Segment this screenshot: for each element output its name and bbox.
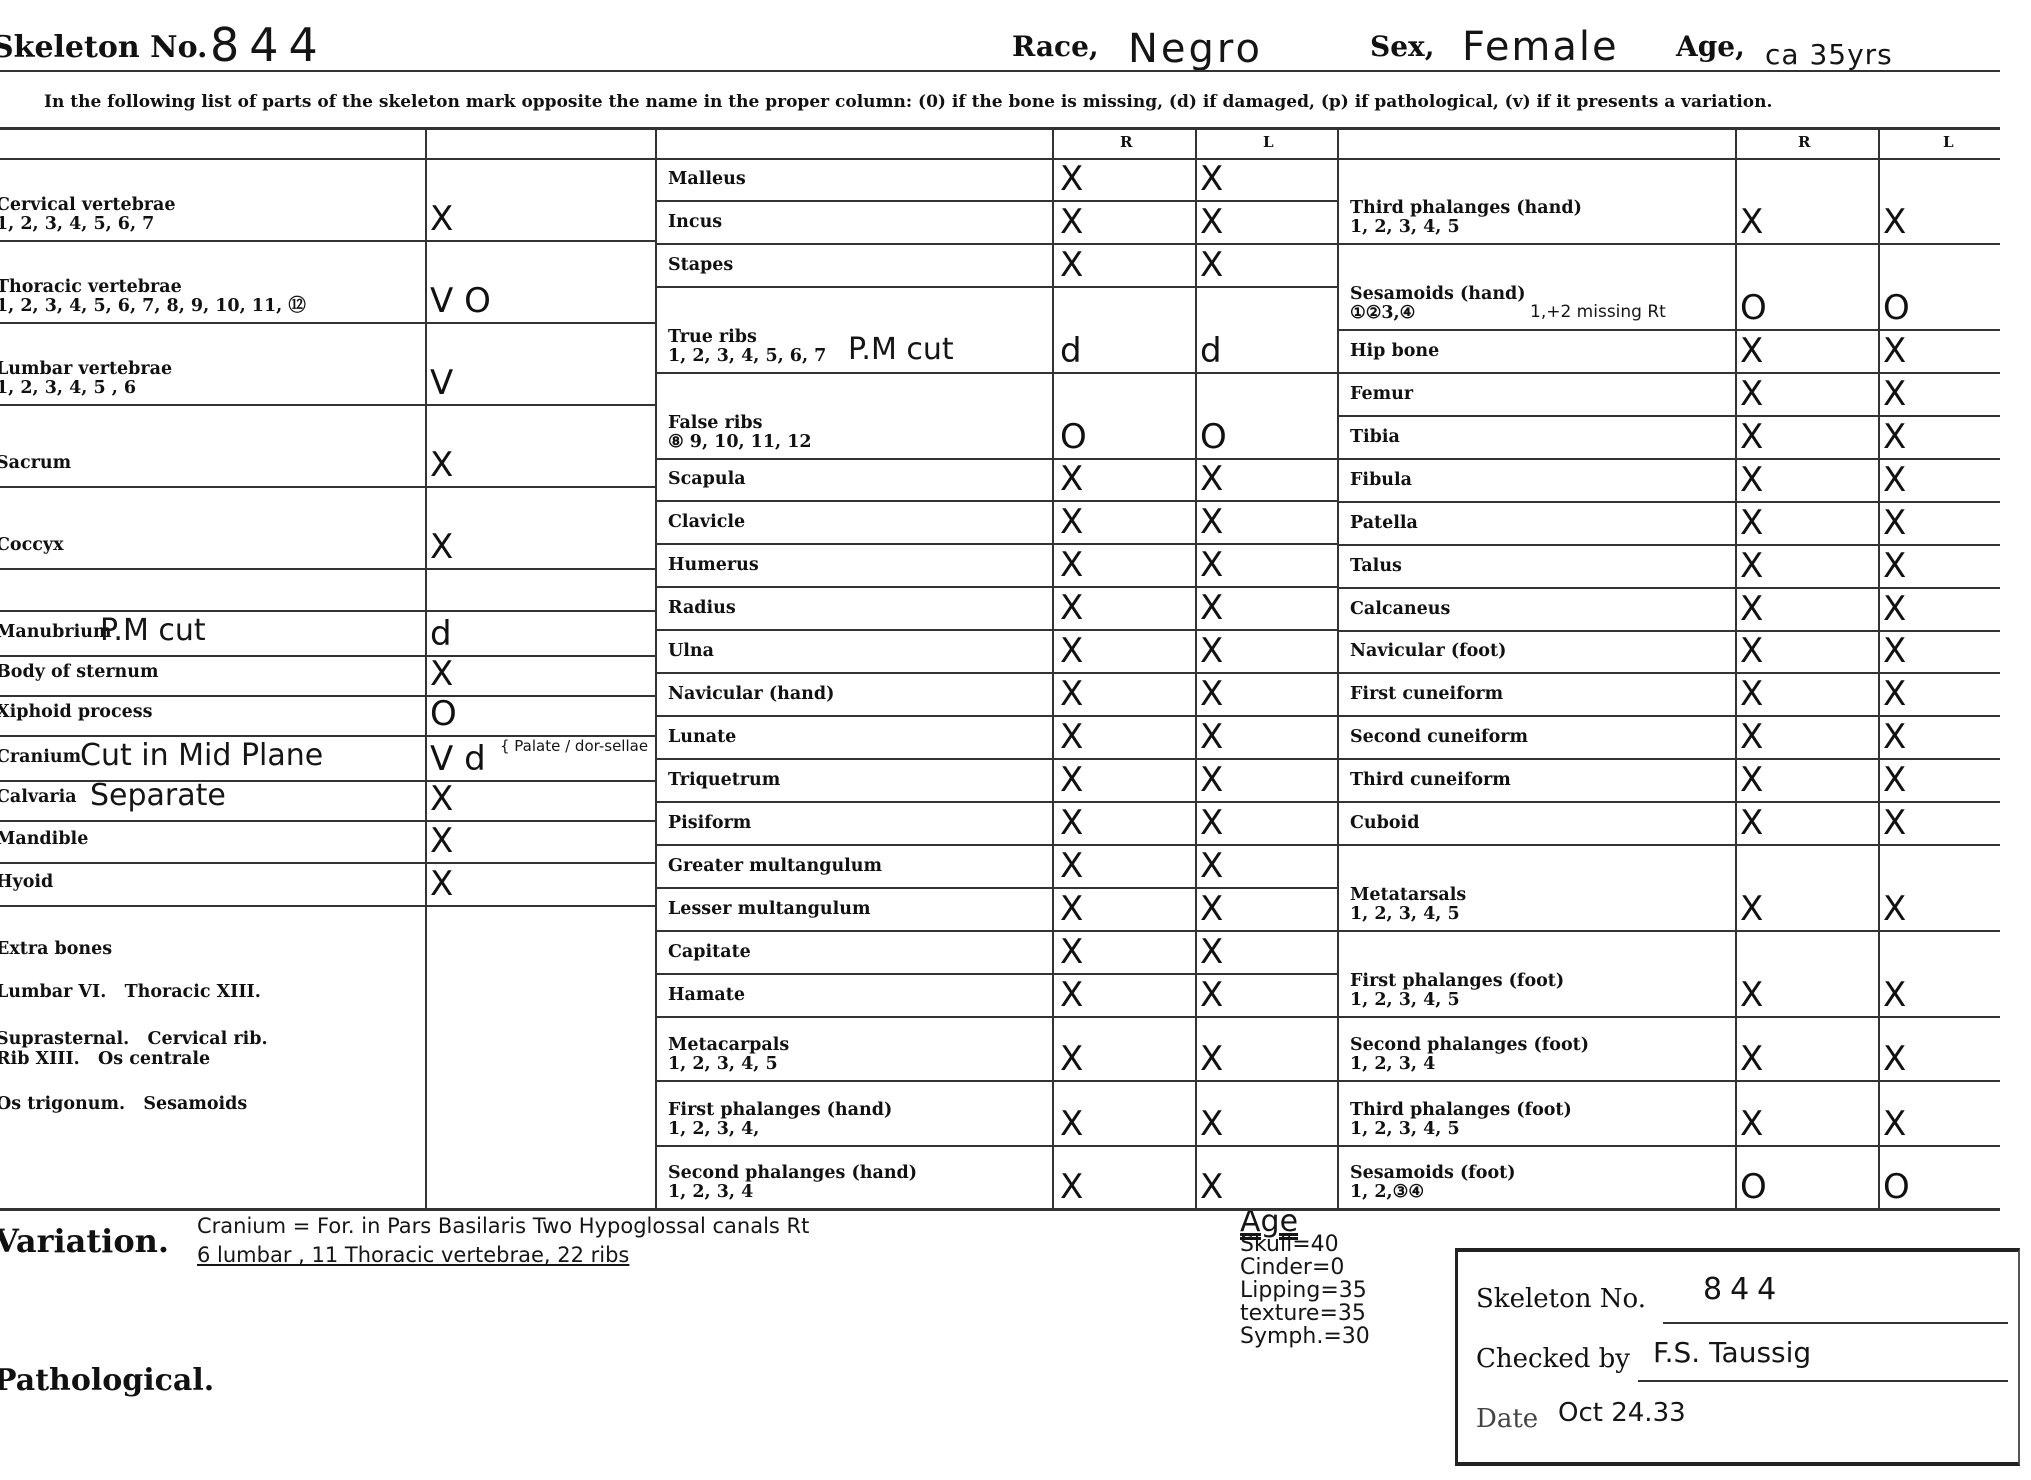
left-side-mark[interactable]: X <box>1200 677 1223 711</box>
row-border <box>1337 844 2000 846</box>
section3-row-label: Third phalanges (hand) 1, 2, 3, 4, 5 <box>1350 199 1582 237</box>
section2-row-label: Lunate <box>668 728 736 747</box>
header-underline <box>0 70 2000 72</box>
left-side-mark[interactable]: X <box>1883 1042 1906 1076</box>
age-label: Age, <box>1676 30 1745 63</box>
left-side-mark[interactable]: X <box>1200 248 1223 282</box>
row-border <box>655 243 1337 245</box>
left-side-mark[interactable]: X <box>1883 892 1906 926</box>
right-side-mark[interactable]: X <box>1740 763 1763 797</box>
checked-by-label: Checked by <box>1476 1344 1630 1374</box>
right-side-mark[interactable]: X <box>1740 334 1763 368</box>
col-header-left-2: L <box>1943 133 1954 151</box>
right-side-mark[interactable]: X <box>1060 591 1083 625</box>
row-border <box>1337 1080 2000 1082</box>
section1-row-label: Mandible <box>0 830 88 849</box>
left-side-mark[interactable]: X <box>1883 1107 1906 1141</box>
section3-row-label: Femur <box>1350 385 1413 404</box>
check-skeleton-label: Skeleton No. <box>1476 1284 1646 1314</box>
section1-row-note[interactable]: Separate <box>90 780 226 812</box>
section3-row-label: Hip bone <box>1350 342 1439 361</box>
race-field[interactable]: Negro <box>1128 26 1263 72</box>
left-side-mark[interactable]: X <box>1200 462 1223 496</box>
right-side-mark[interactable]: X <box>1740 420 1763 454</box>
row-border <box>655 1208 1337 1210</box>
row-border <box>1337 1208 2000 1210</box>
column-divider <box>1878 127 1880 1208</box>
section2-row-label: False ribs ⑧ 9, 10, 11, 12 <box>668 414 812 452</box>
row-border <box>655 629 1337 631</box>
left-side-mark[interactable]: X <box>1883 763 1906 797</box>
right-side-mark[interactable]: X <box>1740 1042 1763 1076</box>
age-note-cinder: Cinder=0 <box>1240 1256 1370 1279</box>
variation-label: Variation. <box>0 1222 169 1260</box>
age-note-skull: Skull=40 <box>1240 1233 1370 1256</box>
row-border <box>1337 930 2000 932</box>
pathological-label: Pathological. <box>0 1363 214 1398</box>
section1-row-label: Cervical vertebrae 1, 2, 3, 4, 5, 6, 7 <box>0 196 176 234</box>
section3-row-label: Sesamoids (hand) ①②3,④ <box>1350 285 1526 323</box>
section3-row-label: Talus <box>1350 557 1402 576</box>
row-border <box>0 655 655 657</box>
left-side-mark[interactable]: X <box>1200 1170 1223 1204</box>
sex-label: Sex, <box>1370 30 1434 63</box>
section1-row-mark[interactable]: V <box>430 366 453 400</box>
left-side-mark[interactable]: X <box>1883 205 1906 239</box>
section1-row-mark[interactable]: X <box>430 824 453 858</box>
right-side-mark[interactable]: X <box>1740 677 1763 711</box>
right-side-mark[interactable]: X <box>1060 978 1083 1012</box>
left-side-mark[interactable]: X <box>1200 591 1223 625</box>
section1-row-label: Lumbar vertebrae 1, 2, 3, 4, 5 , 6 <box>0 360 172 398</box>
left-side-mark[interactable]: X <box>1200 162 1223 196</box>
right-side-mark[interactable]: X <box>1740 720 1763 754</box>
section3-row-label: Calcaneus <box>1350 600 1450 619</box>
section2-row-label: Second phalanges (hand) 1, 2, 3, 4 <box>668 1164 917 1202</box>
left-side-mark[interactable]: X <box>1883 463 1906 497</box>
right-side-mark[interactable]: X <box>1060 248 1083 282</box>
row-border <box>0 610 655 612</box>
section2-row-label: Incus <box>668 213 722 232</box>
section2-row-label: First phalanges (hand) 1, 2, 3, 4, <box>668 1101 892 1139</box>
section3-row-label: Cuboid <box>1350 814 1419 833</box>
section2-row-label: Malleus <box>668 170 746 189</box>
extra-bones-title: Extra bones <box>0 940 112 959</box>
section3-row-note[interactable]: 1,+2 missing Rt <box>1530 303 1666 322</box>
section1-row-note[interactable]: P.M cut <box>100 615 206 647</box>
left-side-mark[interactable]: X <box>1200 634 1223 668</box>
column-divider <box>425 127 427 1208</box>
section1-row-mark-note: { Palate / dor-sellae <box>500 738 650 755</box>
section3-row-label: First cuneiform <box>1350 685 1503 704</box>
section2-row-label: Greater multangulum <box>668 857 882 876</box>
row-border <box>655 286 1337 288</box>
section3-row-label: Sesamoids (foot) 1, 2,③④ <box>1350 1164 1516 1202</box>
section2-row-label: Triquetrum <box>668 771 780 790</box>
age-notes: Age Skull=40 Cinder=0 Lipping=35 texture… <box>1240 1210 1370 1348</box>
table-top-border <box>0 127 2000 130</box>
variation-line-2[interactable]: 6 lumbar , 11 Thoracic vertebrae, 22 rib… <box>197 1243 629 1267</box>
column-divider <box>1052 127 1054 1208</box>
left-side-mark[interactable]: X <box>1200 720 1223 754</box>
row-border <box>655 973 1337 975</box>
left-side-mark[interactable]: X <box>1200 763 1223 797</box>
section1-row-label: Xiphoid process <box>0 703 152 722</box>
check-skeleton-line <box>1663 1322 2008 1324</box>
right-side-mark[interactable]: X <box>1740 892 1763 926</box>
right-side-mark[interactable]: X <box>1740 205 1763 239</box>
column-divider <box>1735 127 1737 1208</box>
section3-row-label: Patella <box>1350 514 1418 533</box>
row-border <box>655 1145 1337 1147</box>
section2-row-label: Humerus <box>668 556 759 575</box>
right-side-mark[interactable]: X <box>1060 720 1083 754</box>
row-border <box>0 905 655 907</box>
check-skeleton-number[interactable]: 844 <box>1703 1272 1784 1307</box>
right-side-mark[interactable]: X <box>1060 1042 1083 1076</box>
sex-field[interactable]: Female <box>1462 24 1619 70</box>
section2-row-label: Radius <box>668 599 736 618</box>
right-side-mark[interactable]: X <box>1060 763 1083 797</box>
section2-row-label: Pisiform <box>668 814 751 833</box>
section1-row-label: Body of sternum <box>0 663 159 682</box>
row-border <box>655 200 1337 202</box>
section1-row-label: Calvaria <box>0 788 77 807</box>
row-border <box>1337 243 2000 245</box>
right-side-mark[interactable]: X <box>1740 377 1763 411</box>
right-side-mark[interactable]: X <box>1060 849 1083 883</box>
row-border <box>655 887 1337 889</box>
row-border <box>655 586 1337 588</box>
section3-row-label: Navicular (foot) <box>1350 642 1506 661</box>
section1-row-label: Cranium <box>0 748 81 767</box>
left-side-mark[interactable]: X <box>1200 935 1223 969</box>
right-side-mark[interactable]: O <box>1740 291 1767 325</box>
left-side-mark[interactable]: X <box>1200 849 1223 883</box>
extra-bones-line: Os trigonum. Sesamoids <box>0 1095 247 1114</box>
row-border <box>655 1080 1337 1082</box>
left-side-mark[interactable]: O <box>1883 291 1910 325</box>
section2-row-label: Metacarpals 1, 2, 3, 4, 5 <box>668 1036 789 1074</box>
row-border <box>655 801 1337 803</box>
left-side-mark[interactable]: X <box>1883 677 1906 711</box>
left-side-mark[interactable]: X <box>1883 634 1906 668</box>
section2-row-label: Stapes <box>668 256 733 275</box>
section2-row-note[interactable]: P.M cut <box>848 334 954 366</box>
left-side-mark[interactable]: d <box>1200 334 1222 368</box>
section1-row-mark[interactable]: X <box>430 448 453 482</box>
section2-row-label: Ulna <box>668 642 714 661</box>
column-divider <box>1195 127 1197 1208</box>
section3-row-label: Third phalanges (foot) 1, 2, 3, 4, 5 <box>1350 1101 1572 1139</box>
header-row-border <box>0 158 2000 160</box>
age-field[interactable]: ca 35yrs <box>1765 38 1893 71</box>
right-side-mark[interactable]: X <box>1740 806 1763 840</box>
section3-row-label: Second cuneiform <box>1350 728 1528 747</box>
section3-row-label: First phalanges (foot) 1, 2, 3, 4, 5 <box>1350 972 1564 1010</box>
section1-row-label: Hyoid <box>0 873 53 892</box>
date-field[interactable]: Oct 24.33 <box>1558 1398 1686 1428</box>
date-label: Date <box>1476 1404 1538 1434</box>
row-border <box>0 695 655 697</box>
col-header-left: L <box>1263 133 1274 151</box>
left-side-mark[interactable]: X <box>1200 505 1223 539</box>
row-border <box>0 820 655 822</box>
extra-bones-line: Rib XIII. Os centrale <box>0 1050 210 1069</box>
right-side-mark[interactable]: X <box>1060 462 1083 496</box>
row-border <box>0 322 655 324</box>
left-side-mark[interactable]: X <box>1883 377 1906 411</box>
row-border <box>655 372 1337 374</box>
left-side-mark[interactable]: X <box>1200 1042 1223 1076</box>
row-border <box>0 486 655 488</box>
section1-row-label: Sacrum <box>0 454 71 473</box>
section2-row-label: True ribs 1, 2, 3, 4, 5, 6, 7 <box>668 328 826 366</box>
left-side-mark[interactable]: X <box>1883 720 1906 754</box>
left-side-mark[interactable]: X <box>1200 806 1223 840</box>
col-header-right: R <box>1120 133 1132 151</box>
age-note-symphysis: Symph.=30 <box>1240 1325 1370 1348</box>
section2-row-label: Lesser multangulum <box>668 900 870 919</box>
section1-row-label: Manubrium <box>0 623 112 642</box>
check-box: Skeleton No. 844 Checked by F.S. Taussig… <box>1455 1248 2020 1466</box>
right-side-mark[interactable]: X <box>1060 935 1083 969</box>
row-border <box>655 1016 1337 1018</box>
left-side-mark[interactable]: X <box>1883 592 1906 626</box>
left-side-mark[interactable]: X <box>1200 205 1223 239</box>
section3-row-label: Third cuneiform <box>1350 771 1511 790</box>
left-side-mark[interactable]: X <box>1200 892 1223 926</box>
section1-row-note[interactable]: Cut in Mid Plane <box>80 740 323 772</box>
right-side-mark[interactable]: O <box>1060 420 1087 454</box>
row-border <box>655 500 1337 502</box>
instructions-text: In the following list of parts of the sk… <box>44 92 1772 112</box>
checked-by-line <box>1638 1380 2008 1382</box>
left-side-mark[interactable]: X <box>1883 806 1906 840</box>
row-border <box>655 715 1337 717</box>
col-header-right-2: R <box>1798 133 1810 151</box>
left-side-mark[interactable]: O <box>1883 1170 1910 1204</box>
row-border <box>655 543 1337 545</box>
section2-row-label: Clavicle <box>668 513 745 532</box>
row-border <box>0 862 655 864</box>
row-border <box>655 758 1337 760</box>
section1-row-mark[interactable]: O <box>430 697 457 731</box>
left-side-mark[interactable]: X <box>1200 548 1223 582</box>
section1-row-mark[interactable]: X <box>430 530 453 564</box>
section1-row-label: Coccyx <box>0 536 64 555</box>
section1-row-mark[interactable]: d <box>430 617 452 651</box>
left-side-mark[interactable]: X <box>1883 506 1906 540</box>
section1-row-mark[interactable]: V O <box>430 284 491 318</box>
right-side-mark[interactable]: X <box>1060 505 1083 539</box>
row-border <box>0 568 655 570</box>
right-side-mark[interactable]: X <box>1060 634 1083 668</box>
age-note-lipping: Lipping=35 <box>1240 1279 1370 1302</box>
column-divider <box>1337 127 1339 1208</box>
right-side-mark[interactable]: X <box>1060 1170 1083 1204</box>
right-side-mark[interactable]: X <box>1740 592 1763 626</box>
left-side-mark[interactable]: X <box>1200 1107 1223 1141</box>
section1-row-mark[interactable]: X <box>430 657 453 691</box>
left-side-mark[interactable]: X <box>1883 549 1906 583</box>
extra-bones-line: Suprasternal. Cervical rib. <box>0 1030 268 1049</box>
right-side-mark[interactable]: O <box>1740 1170 1767 1204</box>
right-side-mark[interactable]: X <box>1060 677 1083 711</box>
left-side-mark[interactable]: X <box>1200 978 1223 1012</box>
row-border <box>0 240 655 242</box>
right-side-mark[interactable]: X <box>1060 548 1083 582</box>
section2-row-label: Hamate <box>668 986 745 1005</box>
section2-row-label: Scapula <box>668 470 746 489</box>
row-border <box>655 672 1337 674</box>
left-side-mark[interactable]: X <box>1883 978 1906 1012</box>
section3-row-label: Metatarsals 1, 2, 3, 4, 5 <box>1350 886 1466 924</box>
right-side-mark[interactable]: X <box>1060 806 1083 840</box>
row-border <box>0 404 655 406</box>
right-side-mark[interactable]: X <box>1740 978 1763 1012</box>
section3-row-label: Second phalanges (foot) 1, 2, 3, 4 <box>1350 1036 1589 1074</box>
right-side-mark[interactable]: X <box>1060 205 1083 239</box>
right-side-mark[interactable]: X <box>1740 463 1763 497</box>
right-side-mark[interactable]: d <box>1060 334 1082 368</box>
right-side-mark[interactable]: X <box>1060 162 1083 196</box>
variation-line-1[interactable]: Cranium = For. in Pars Basilaris Two Hyp… <box>197 1214 809 1238</box>
right-side-mark[interactable]: X <box>1060 1107 1083 1141</box>
row-border <box>655 458 1337 460</box>
right-side-mark[interactable]: X <box>1740 1107 1763 1141</box>
race-label: Race, <box>1012 30 1099 63</box>
checked-by-field[interactable]: F.S. Taussig <box>1653 1336 1811 1369</box>
right-side-mark[interactable]: X <box>1740 506 1763 540</box>
section3-row-label: Fibula <box>1350 471 1412 490</box>
row-border <box>1337 1016 2000 1018</box>
row-border <box>1337 1145 2000 1147</box>
left-side-mark[interactable]: O <box>1200 420 1227 454</box>
left-side-mark[interactable]: X <box>1883 420 1906 454</box>
row-border <box>655 844 1337 846</box>
section1-row-label: Thoracic vertebrae 1, 2, 3, 4, 5, 6, 7, … <box>0 278 306 316</box>
left-side-mark[interactable]: X <box>1883 334 1906 368</box>
extra-bones-line: Lumbar VI. Thoracic XIII. <box>0 983 261 1002</box>
age-note-texture: texture=35 <box>1240 1302 1370 1325</box>
section1-row-mark[interactable]: X <box>430 202 453 236</box>
section1-row-mark[interactable]: X <box>430 867 453 901</box>
section1-row-mark[interactable]: X <box>430 782 453 816</box>
section2-row-label: Navicular (hand) <box>668 685 834 704</box>
column-divider <box>655 127 657 1208</box>
age-notes-title: Age <box>1240 1210 1370 1233</box>
section1-row-mark[interactable]: V d <box>430 742 486 776</box>
section2-row-label: Capitate <box>668 943 751 962</box>
right-side-mark[interactable]: X <box>1740 549 1763 583</box>
row-border <box>655 930 1337 932</box>
right-side-mark[interactable]: X <box>1740 634 1763 668</box>
skeleton-number-field[interactable]: 844 <box>210 18 328 72</box>
section3-row-label: Tibia <box>1350 428 1400 447</box>
right-side-mark[interactable]: X <box>1060 892 1083 926</box>
skeleton-number-label: Skeleton No. <box>0 30 208 65</box>
